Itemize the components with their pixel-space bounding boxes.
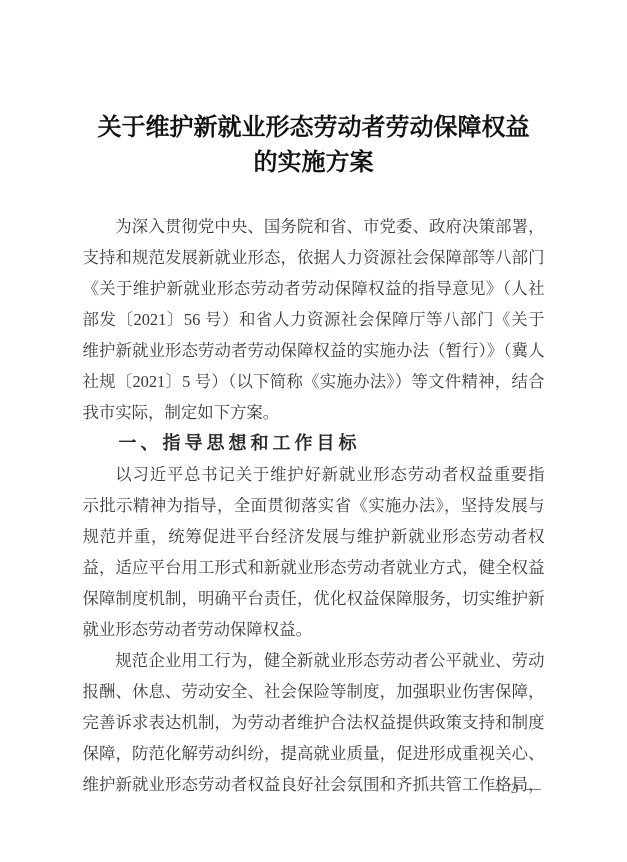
page-number: — 3 — (488, 781, 543, 798)
text-line: 社规〔2021〕5 号）（以下简称《实施办法》）等文件精神，结合 (83, 366, 545, 397)
paragraph-3: 规范企业用工行为，健全新就业形态劳动者公平就业、劳动 报酬、休息、劳动安全、社会… (83, 645, 545, 800)
document-title-line-2: 的实施方案 (0, 146, 627, 181)
paragraph-1: 为深入贯彻党中央、国务院和省、市党委、政府决策部署， 支持和规范发展新就业形态，… (83, 211, 545, 428)
document-title: 关于维护新就业形态劳动者劳动保障权益 的实施方案 (0, 16, 627, 181)
document-page: 关于维护新就业形态劳动者劳动保障权益 的实施方案 为深入贯彻党中央、国务院和省、… (0, 0, 627, 862)
text-line: 就业形态劳动者劳动保障权益。 (83, 614, 545, 645)
text-line: 维护新就业形态劳动者权益良好社会氛围和齐抓共管工作格局， (83, 769, 545, 800)
text-line: 益，适应平台用工形式和新就业形态劳动者就业方式，健全权益 (83, 552, 545, 583)
text-line: 完善诉求表达机制，为劳动者维护合法权益提供政策支持和制度 (83, 707, 545, 738)
text-line: 保障制度机制，明确平台责任，优化权益保障服务，切实维护新 (83, 583, 545, 614)
text-line: 示批示精神为指导，全面贯彻落实省《实施办法》，坚持发展与 (83, 490, 545, 521)
text-line: 报酬、休息、劳动安全、社会保险等制度，加强职业伤害保障， (83, 676, 545, 707)
document-title-line-1: 关于维护新就业形态劳动者劳动保障权益 (0, 111, 627, 146)
text-line: 规范并重，统筹促进平台经济发展与维护新就业形态劳动者权 (83, 521, 545, 552)
text-line: 维护新就业形态劳动者劳动保障权益的实施办法（暂行）》（冀人 (83, 335, 545, 366)
text-line: 为深入贯彻党中央、国务院和省、市党委、政府决策部署， (83, 211, 545, 242)
text-line: 以习近平总书记关于维护好新就业形态劳动者权益重要指 (83, 459, 545, 490)
text-line: 支持和规范发展新就业形态，依据人力资源社会保障部等八部门 (83, 242, 545, 273)
document-body: 为深入贯彻党中央、国务院和省、市党委、政府决策部署， 支持和规范发展新就业形态，… (83, 211, 545, 800)
text-line: 《关于维护新就业形态劳动者劳动保障权益的指导意见》（人社 (83, 273, 545, 304)
text-line: 保障，防范化解劳动纠纷，提高就业质量，促进形成重视关心、 (83, 738, 545, 769)
text-line: 我市实际，制定如下方案。 (83, 397, 545, 428)
paragraph-2: 以习近平总书记关于维护好新就业形态劳动者权益重要指 示批示精神为指导，全面贯彻落… (83, 459, 545, 645)
text-line: 部发〔2021〕56 号）和省人力资源社会保障厅等八部门《关于 (83, 304, 545, 335)
text-line: 规范企业用工行为，健全新就业形态劳动者公平就业、劳动 (83, 645, 545, 676)
section-heading-1: 一、指导思想和工作目标 (83, 428, 545, 459)
